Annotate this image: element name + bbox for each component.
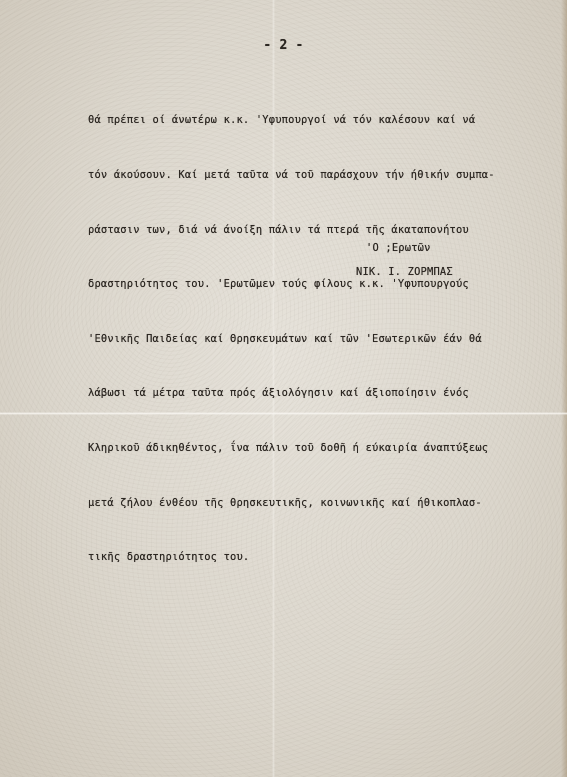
page-number: - 2 - xyxy=(0,38,567,53)
paper-edge xyxy=(561,0,567,777)
body-line: 'Εθνικῆς Παιδείας καί Θρησκευμάτων καί τ… xyxy=(88,330,495,348)
body-line: τικῆς δραστηριότητος του. xyxy=(88,548,495,566)
body-line: ράστασιν των, διά νά άνοίξη πάλιν τά πτε… xyxy=(88,221,495,239)
signature-name: ΝΙΚ. Ι. ΖΟΡΜΠΑΣ xyxy=(356,266,453,278)
document-page: - 2 - θά πρέπει οί άνωτέρω κ.κ. 'Υφυπουρ… xyxy=(0,0,567,777)
body-line: θά πρέπει οί άνωτέρω κ.κ. 'Υφυπουργοί νά… xyxy=(88,111,495,129)
body-line: μετά ζήλου ένθέου τῆς θρησκευτικῆς, κοιν… xyxy=(88,494,495,512)
body-line: Κληρικοῦ άδικηθέντος, ΐνα πάλιν τοῦ δοθῆ… xyxy=(88,439,495,457)
body-line: τόν άκούσουν. Καί μετά ταῦτα νά τοῦ παρά… xyxy=(88,166,495,184)
signature-title: 'Ο ;Ερωτῶν xyxy=(366,242,431,254)
body-paragraph: θά πρέπει οί άνωτέρω κ.κ. 'Υφυπουργοί νά… xyxy=(88,75,495,603)
body-line: λάβωσι τά μέτρα ταῦτα πρός άξιολόγησιν κ… xyxy=(88,384,495,402)
